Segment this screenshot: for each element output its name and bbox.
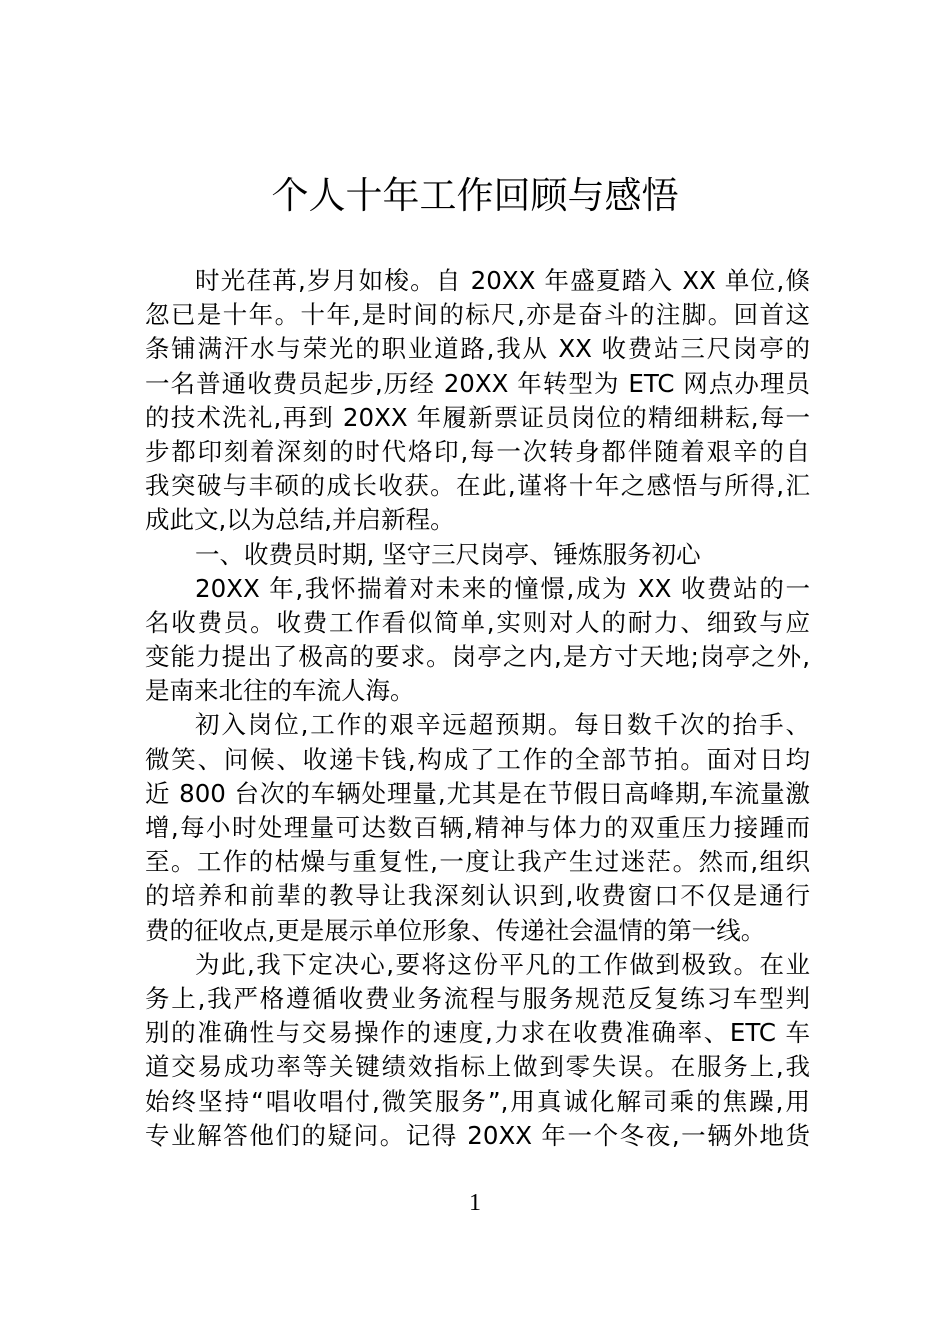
text-line: 的技术洗礼,再到 20XX 年履新票证员岗位的精细耕耘,每一 — [145, 401, 810, 435]
text-line: 费的征收点,更是展示单位形象、传递社会温情的第一线。 — [145, 914, 810, 948]
paragraph-3: 初入岗位,工作的艰辛远超预期。每日数千次的抬手、 微笑、问候、收递卡钱,构成了工… — [145, 708, 810, 947]
text-line: 道交易成功率等关键绩效指标上做到零失误。在服务上,我 — [145, 1050, 810, 1084]
text-line: 条铺满汗水与荣光的职业道路,我从 XX 收费站三尺岗亭的 — [145, 332, 810, 366]
text-line: 忽已是十年。十年,是时间的标尺,亦是奋斗的注脚。回首这 — [145, 298, 810, 332]
text-line: 初入岗位,工作的艰辛远超预期。每日数千次的抬手、 — [145, 708, 810, 742]
text-line: 别的准确性与交易操作的速度,力求在收费准确率、ETC 车 — [145, 1016, 810, 1050]
text-line: 的培养和前辈的教导让我深刻认识到,收费窗口不仅是通行 — [145, 879, 810, 913]
section-heading-1: 一、收费员时期, 坚守三尺岗亭、锤炼服务初心 — [145, 538, 810, 572]
text-line: 增,每小时处理量可达数百辆,精神与体力的双重压力接踵而 — [145, 811, 810, 845]
text-line: 成此文,以为总结,并启新程。 — [145, 503, 810, 537]
text-line: 务上,我严格遵循收费业务流程与服务规范反复练习车型判 — [145, 982, 810, 1016]
text-line: 我突破与丰硕的成长收获。在此,谨将十年之感悟与所得,汇 — [145, 469, 810, 503]
page-number: 1 — [0, 1188, 950, 1218]
text-line: 始终坚持“唱收唱付,微笑服务”,用真诚化解司乘的焦躁,用 — [145, 1085, 810, 1119]
text-line: 步都印刻着深刻的时代烙印,每一次转身都伴随着艰辛的自 — [145, 435, 810, 469]
text-line: 近 800 台次的车辆处理量,尤其是在节假日高峰期,车流量激 — [145, 777, 810, 811]
text-line: 是南来北往的车流人海。 — [145, 674, 810, 708]
paragraph-intro: 时光荏苒,岁月如梭。自 20XX 年盛夏踏入 XX 单位,倏 忽已是十年。十年,… — [145, 264, 810, 538]
document-page: 个人十年工作回顾与感悟 时光荏苒,岁月如梭。自 20XX 年盛夏踏入 XX 单位… — [0, 0, 950, 1344]
paragraph-4: 为此,我下定决心,要将这份平凡的工作做到极致。在业 务上,我严格遵循收费业务流程… — [145, 948, 810, 1153]
text-line: 专业解答他们的疑问。记得 20XX 年一个冬夜,一辆外地货 — [145, 1119, 810, 1153]
text-line: 变能力提出了极高的要求。岗亭之内,是方寸天地;岗亭之外, — [145, 640, 810, 674]
document-body: 时光荏苒,岁月如梭。自 20XX 年盛夏踏入 XX 单位,倏 忽已是十年。十年,… — [145, 264, 810, 1153]
text-line: 20XX 年,我怀揣着对未来的憧憬,成为 XX 收费站的一 — [145, 572, 810, 606]
text-line: 时光荏苒,岁月如梭。自 20XX 年盛夏踏入 XX 单位,倏 — [145, 264, 810, 298]
document-title: 个人十年工作回顾与感悟 — [0, 172, 950, 220]
section-heading-text: 一、收费员时期, 坚守三尺岗亭、锤炼服务初心 — [145, 538, 810, 572]
text-line: 为此,我下定决心,要将这份平凡的工作做到极致。在业 — [145, 948, 810, 982]
text-line: 至。工作的枯燥与重复性,一度让我产生过迷茫。然而,组织 — [145, 845, 810, 879]
text-line: 名收费员。收费工作看似简单,实则对人的耐力、细致与应 — [145, 606, 810, 640]
paragraph-2: 20XX 年,我怀揣着对未来的憧憬,成为 XX 收费站的一 名收费员。收费工作看… — [145, 572, 810, 709]
text-line: 微笑、问候、收递卡钱,构成了工作的全部节拍。面对日均 — [145, 743, 810, 777]
text-line: 一名普通收费员起步,历经 20XX 年转型为 ETC 网点办理员 — [145, 367, 810, 401]
